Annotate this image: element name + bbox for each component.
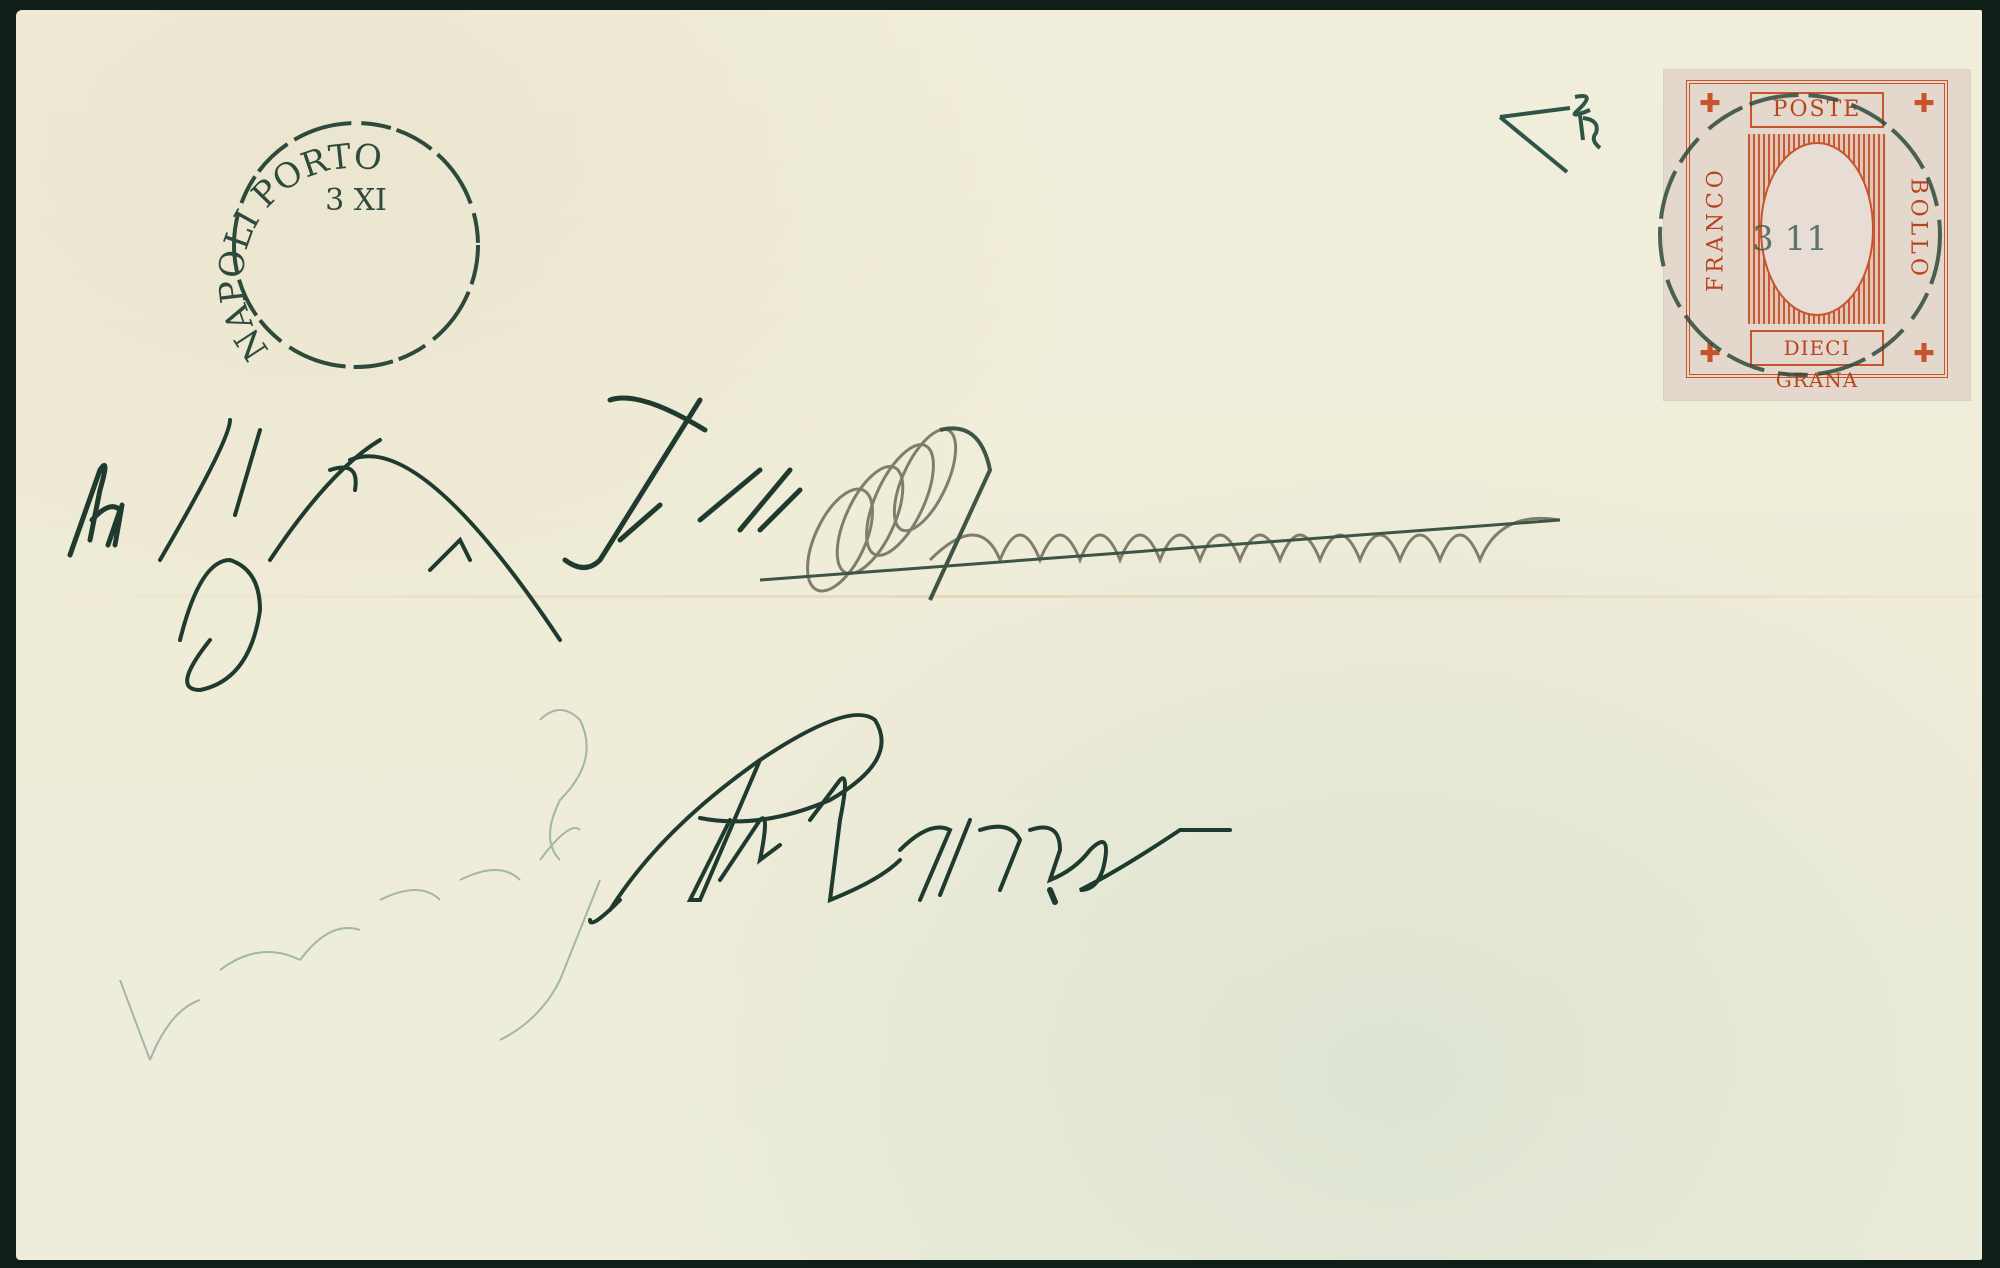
pencil-notation — [120, 710, 600, 1060]
struck-addressee-scribble — [760, 421, 1560, 601]
pencil-mark-sr — [1500, 96, 1600, 172]
city-palermo-ink — [590, 715, 1230, 923]
postage-stamp: POSTE DIECI GRANA FRANCO BOLLO ✚ ✚ ✚ ✚ — [1664, 70, 1970, 400]
stamp-oval-cameo — [1760, 142, 1874, 316]
stamp-top-label: POSTE — [1750, 92, 1884, 128]
stamp-bottom-label: DIECI GRANA — [1750, 330, 1884, 366]
cross-icon: ✚ — [1910, 90, 1938, 118]
cross-icon: ✚ — [1696, 90, 1724, 118]
stamp-frame: POSTE DIECI GRANA FRANCO BOLLO ✚ ✚ ✚ ✚ — [1686, 80, 1948, 378]
postmark-left-date: 3 XI — [325, 183, 387, 218]
stamp-left-label: FRANCO — [1696, 144, 1736, 314]
svg-text:NAPOLI PORTO: NAPOLI PORTO — [211, 136, 384, 367]
address-line-1-ink — [70, 398, 800, 690]
stamp-right-label: BOLLO — [1898, 144, 1938, 314]
postmark-left-text: NAPOLI PORTO — [211, 136, 384, 367]
cross-icon: ✚ — [1696, 340, 1724, 368]
cross-icon: ✚ — [1910, 340, 1938, 368]
